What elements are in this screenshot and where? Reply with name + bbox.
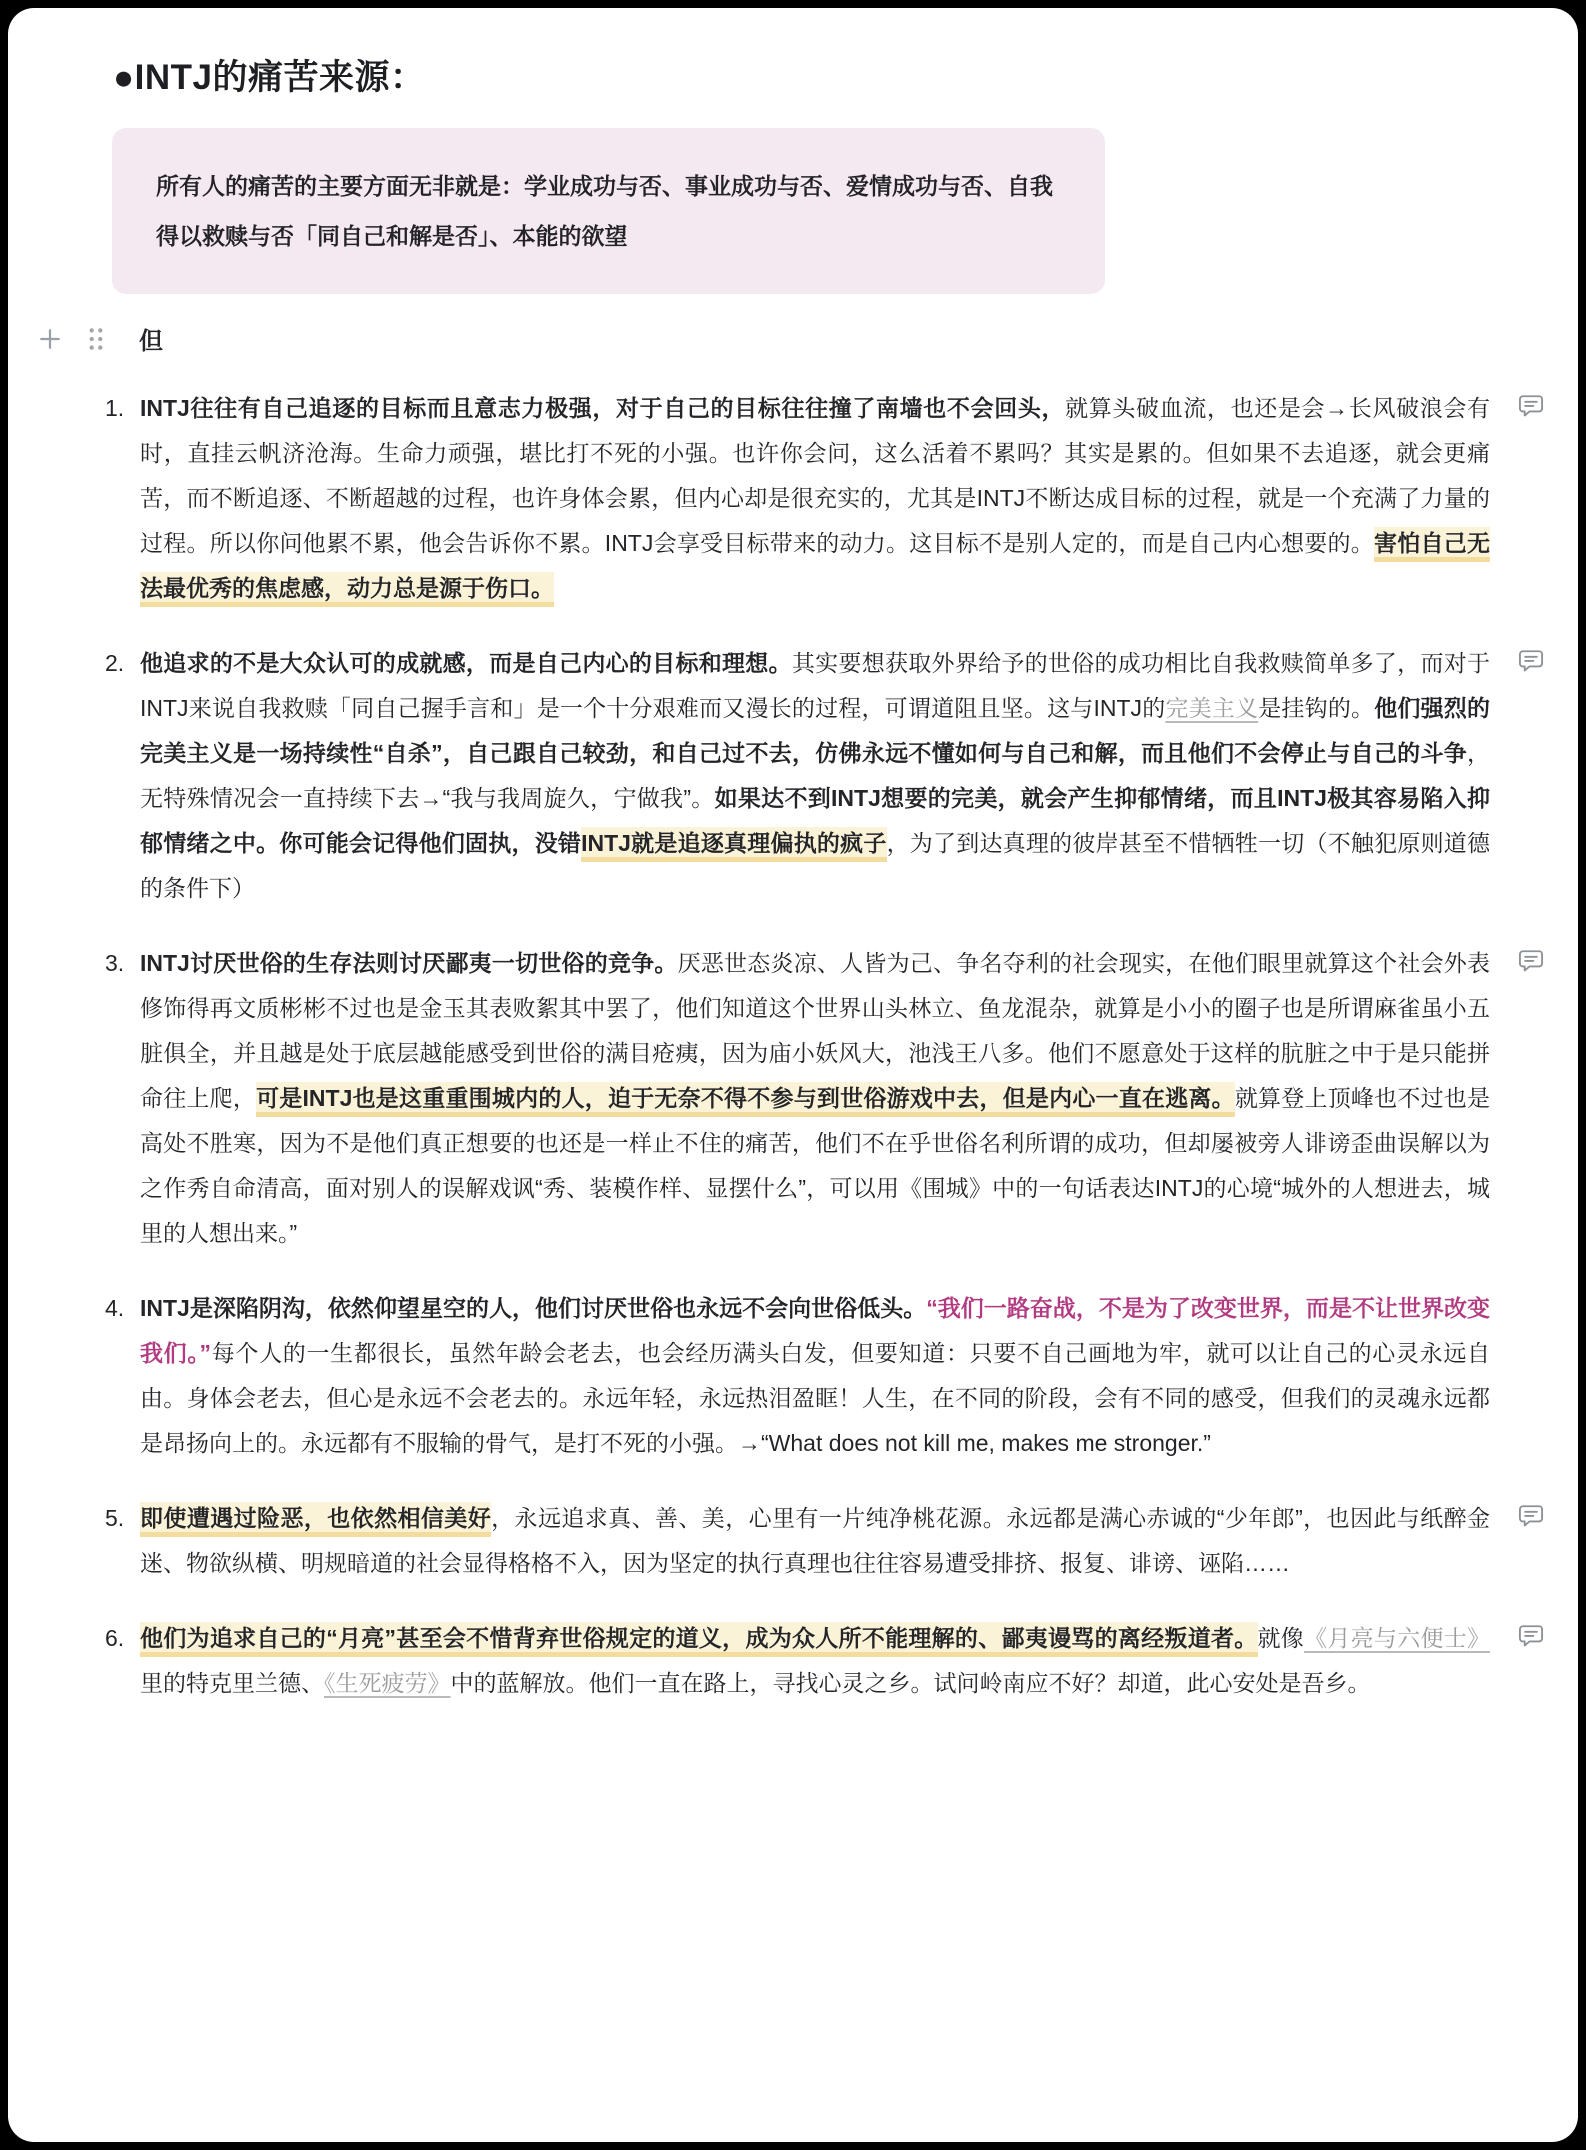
text-segment: 每个人的一生都很长，虽然年龄会老去，也会经历满头白发，但要知道：只要不自己画地为… [140, 1340, 1490, 1456]
text-segment: 里的特克里兰德、 [140, 1670, 324, 1696]
text-segment: 他追求的不是大众认可的成就感，而是自己内心的目标和理想。 [140, 650, 792, 676]
callout: 所有人的痛苦的主要方面无非就是：学业成功与否、事业成功与否、爱情成功与否、自我得… [112, 128, 1105, 294]
text-segment: 他们为追求自己的“月亮”甚至会不惜背弃世俗规定的道义，成为众人所不能理解的、鄙夷… [140, 1622, 1258, 1657]
text-segment: INTJ是深陷阴沟，依然仰望星空的人，他们讨厌世俗也永远不会向世俗低头。 [140, 1295, 926, 1321]
list-item: 3.INTJ讨厌世俗的生存法则讨厌鄙夷一切世俗的竞争。厌恶世态炎凉、人皆为己、争… [105, 941, 1490, 1256]
list-item-number: 2. [105, 641, 140, 911]
text-segment: 即使遭遇过险恶，也依然相信美好 [140, 1502, 491, 1537]
list-item-number: 1. [105, 386, 140, 611]
text-segment: 可是INTJ也是这重重围城内的人，迫于无奈不得不参与到世俗游戏中去，但是内心一直… [256, 1082, 1235, 1117]
callout-text: 所有人的痛苦的主要方面无非就是：学业成功与否、事业成功与否、爱情成功与否、自我得… [156, 161, 1061, 261]
list-item-text: 他们为追求自己的“月亮”甚至会不惜背弃世俗规定的道义，成为众人所不能理解的、鄙夷… [140, 1616, 1490, 1706]
text-segment: 就像 [1258, 1625, 1305, 1651]
paragraph-block: 但 [25, 321, 1490, 356]
list-item-text: 即使遭遇过险恶，也依然相信美好，永远追求真、善、美，心里有一片纯净桃花源。永远都… [140, 1496, 1490, 1586]
list-item-number: 3. [105, 941, 140, 1256]
list-item-number: 6. [105, 1616, 140, 1706]
numbered-list: 1.INTJ往往有自己追逐的目标而且意志力极强，对于自己的目标往往撞了南墙也不会… [105, 386, 1490, 1706]
list-item-text: 他追求的不是大众认可的成就感，而是自己内心的目标和理想。其实要想获取外界给予的世… [140, 641, 1490, 911]
list-item-text: INTJ往往有自己追逐的目标而且意志力极强，对于自己的目标往往撞了南墙也不会回头… [140, 386, 1490, 611]
list-item-text: INTJ讨厌世俗的生存法则讨厌鄙夷一切世俗的竞争。厌恶世态炎凉、人皆为己、争名夺… [140, 941, 1490, 1256]
comment-icon[interactable] [1517, 946, 1545, 974]
comment-icon[interactable] [1517, 1501, 1545, 1529]
text-segment: INTJ讨厌世俗的生存法则讨厌鄙夷一切世俗的竞争。 [140, 950, 678, 976]
list-item: 5.即使遭遇过险恶，也依然相信美好，永远追求真、善、美，心里有一片纯净桃花源。永… [105, 1496, 1490, 1586]
add-block-icon[interactable] [35, 324, 65, 354]
list-item-number: 5. [105, 1496, 140, 1586]
text-segment: INTJ就是追逐真理偏执的疯子 [581, 827, 886, 862]
text-segment: INTJ往往有自己追逐的目标而且意志力极强，对于自己的目标往往撞了南墙也不会回头… [140, 395, 1065, 421]
drag-handle-icon[interactable] [83, 324, 109, 354]
inline-link[interactable]: 《月亮与六便士》 [1304, 1625, 1490, 1651]
inline-link[interactable]: 完美主义 [1165, 695, 1258, 721]
page-title: ●INTJ的痛苦来源： [113, 50, 1490, 100]
comment-icon[interactable] [1517, 646, 1545, 674]
text-segment: 是挂钩的。 [1258, 695, 1374, 721]
list-item: 1.INTJ往往有自己追逐的目标而且意志力极强，对于自己的目标往往撞了南墙也不会… [105, 386, 1490, 611]
list-item: 4.INTJ是深陷阴沟，依然仰望星空的人，他们讨厌世俗也永远不会向世俗低头。“我… [105, 1286, 1490, 1466]
text-segment: 中的蓝解放。他们一直在路上，寻找心灵之乡。试问岭南应不好？却道，此心安处是吾乡。 [451, 1670, 1371, 1696]
paragraph-text: 但 [139, 321, 163, 356]
inline-link[interactable]: 《生死疲劳》 [324, 1670, 451, 1696]
document-page: ●INTJ的痛苦来源： 所有人的痛苦的主要方面无非就是：学业成功与否、事业成功与… [8, 8, 1578, 2142]
comment-icon[interactable] [1517, 391, 1545, 419]
list-item: 2.他追求的不是大众认可的成就感，而是自己内心的目标和理想。其实要想获取外界给予… [105, 641, 1490, 911]
list-item: 6.他们为追求自己的“月亮”甚至会不惜背弃世俗规定的道义，成为众人所不能理解的、… [105, 1616, 1490, 1706]
comment-icon[interactable] [1517, 1621, 1545, 1649]
list-item-number: 4. [105, 1286, 140, 1466]
list-item-text: INTJ是深陷阴沟，依然仰望星空的人，他们讨厌世俗也永远不会向世俗低头。“我们一… [140, 1286, 1490, 1466]
